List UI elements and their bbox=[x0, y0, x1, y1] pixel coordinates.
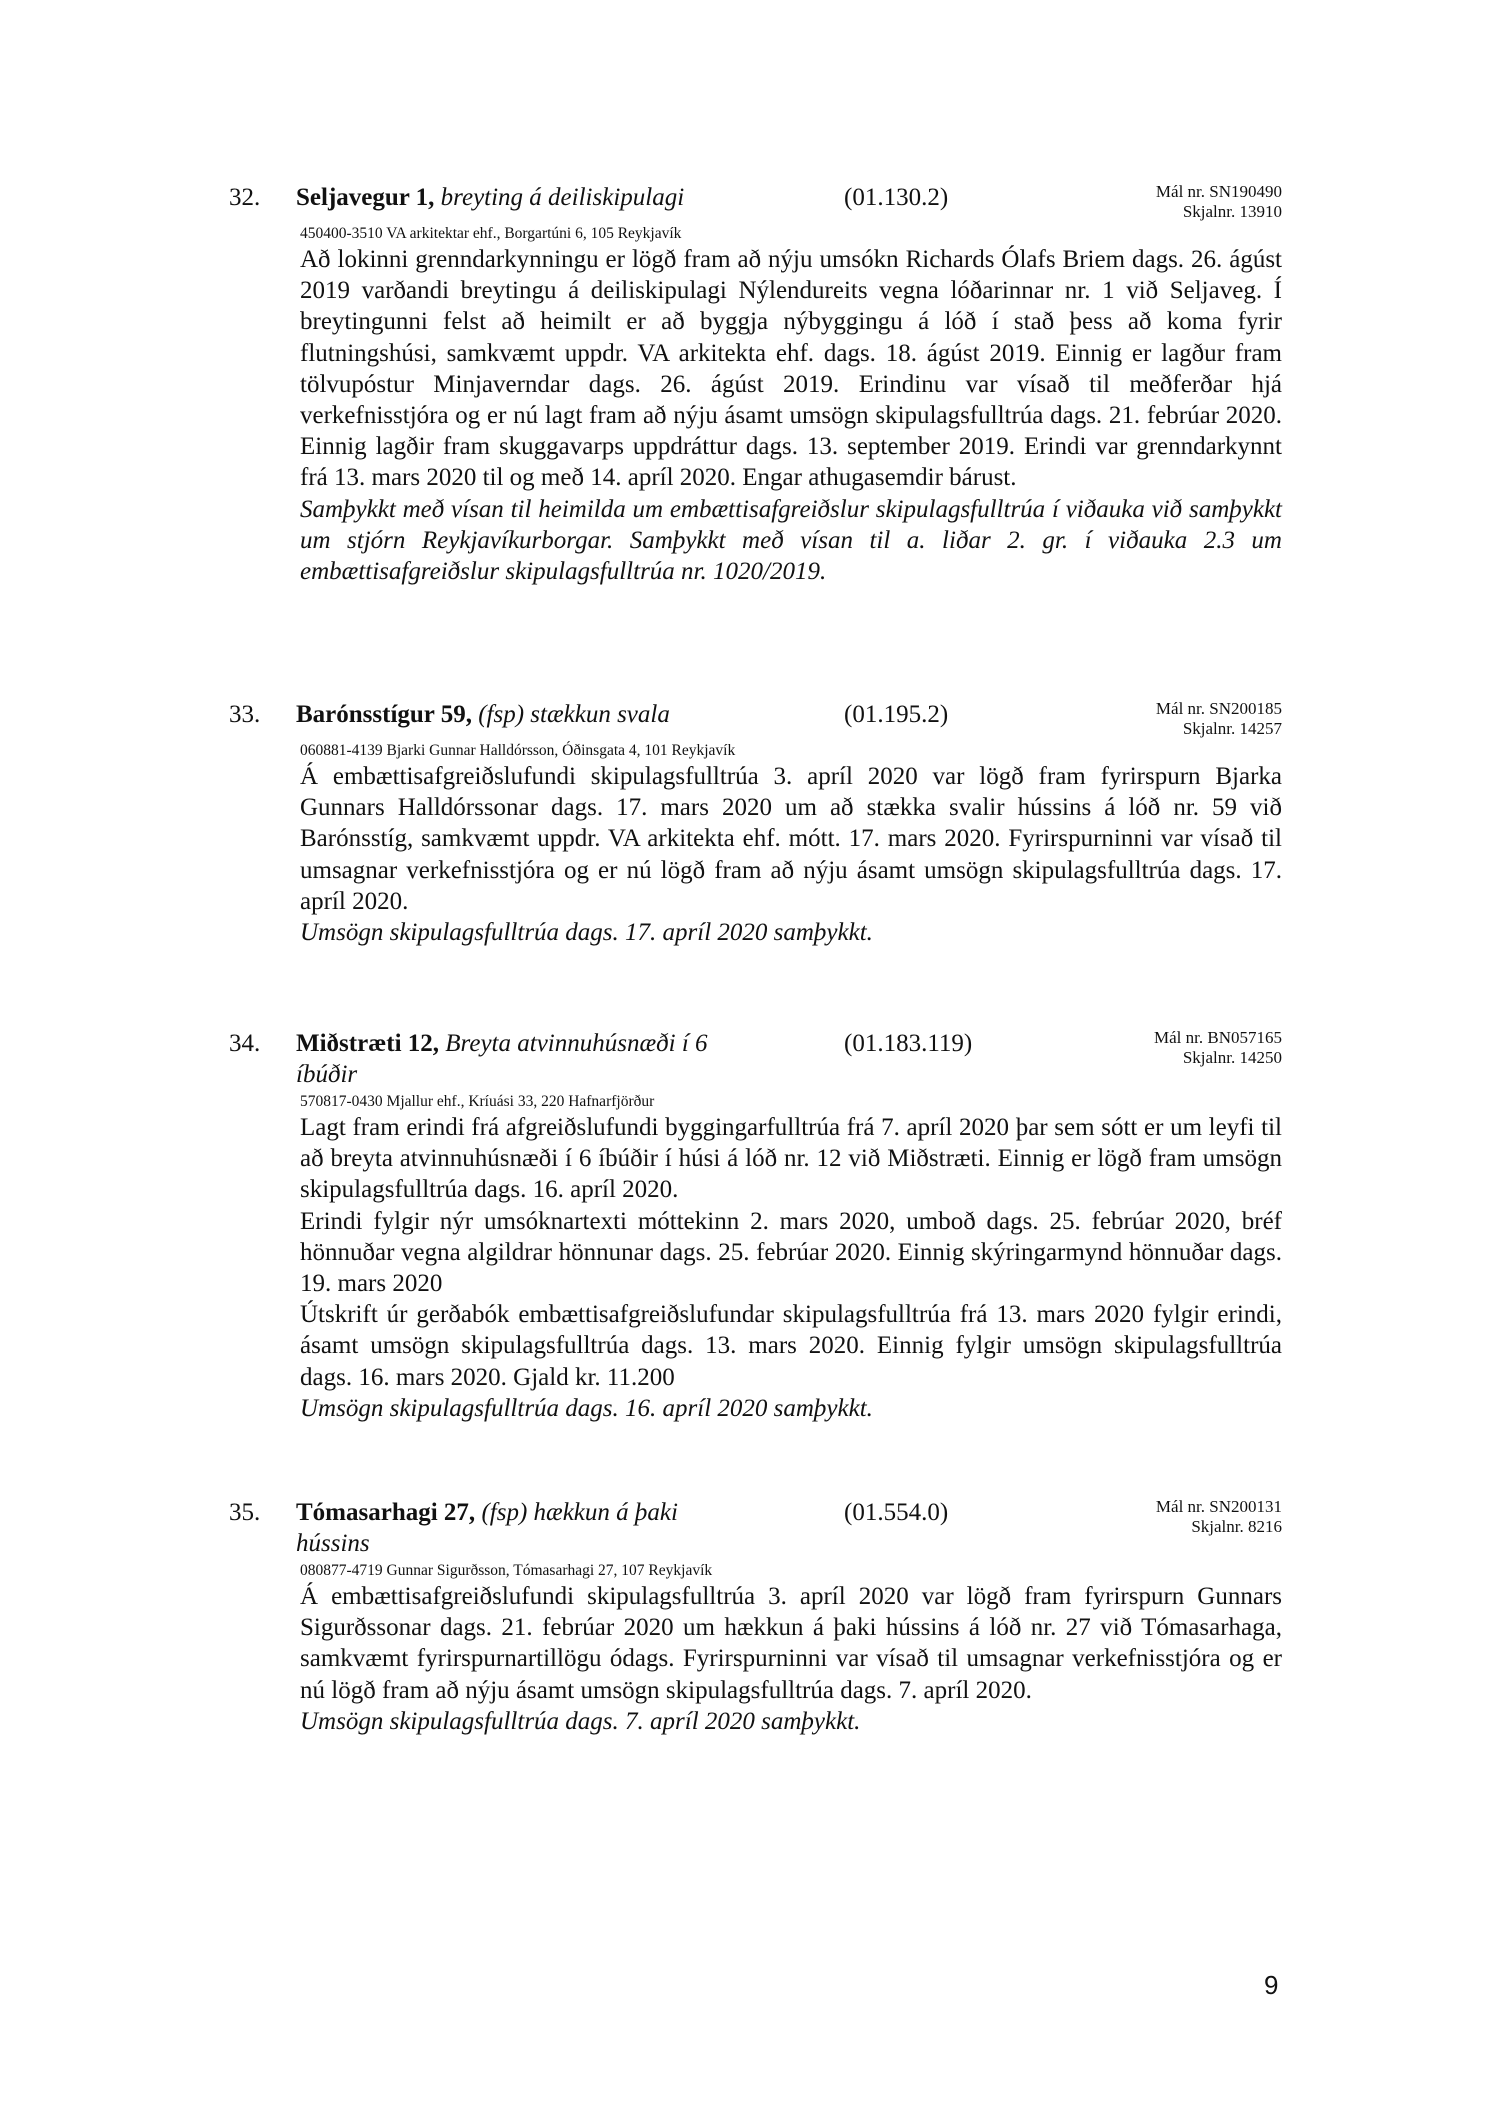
page-number: 9 bbox=[1264, 1970, 1278, 2001]
item-subject: Breyta atvinnuhúsnæði í 6 bbox=[445, 1030, 707, 1057]
item-address: Seljavegur 1, bbox=[296, 184, 434, 211]
case-refs: Mál nr. SN200131 Skjalnr. 8216 bbox=[1156, 1497, 1282, 1537]
case-refs: Mál nr. SN190490 Skjalnr. 13910 bbox=[1156, 182, 1282, 222]
land-code: (01.183.119) bbox=[844, 1028, 972, 1059]
applicant: 080877-4719 Gunnar Sigurðsson, Tómasarha… bbox=[300, 1561, 1282, 1581]
item-description: Á embættisafgreiðslufundi skipulagsfullt… bbox=[300, 761, 1282, 917]
item-body: 080877-4719 Gunnar Sigurðsson, Tómasarha… bbox=[300, 1561, 1282, 1737]
item-title: Seljavegur 1, breyting á deiliskipulagi bbox=[296, 182, 766, 213]
document-number: Skjalnr. 13910 bbox=[1156, 202, 1282, 222]
item-body: 570817-0430 Mjallur ehf., Kríuási 33, 22… bbox=[300, 1092, 1282, 1424]
document-page: 32. Seljavegur 1, breyting á deiliskipul… bbox=[0, 0, 1500, 2122]
item-subject: breyting á deiliskipulagi bbox=[441, 184, 684, 211]
item-decision: Umsögn skipulagsfulltrúa dags. 16. apríl… bbox=[300, 1393, 1282, 1424]
item-decision: Samþykkt með vísan til heimilda um embæt… bbox=[300, 494, 1282, 588]
land-code: (01.130.2) bbox=[844, 182, 948, 213]
item-title: Barónsstígur 59, (fsp) stækkun svala bbox=[296, 699, 766, 730]
item-description: Lagt fram erindi frá afgreiðslufundi byg… bbox=[300, 1112, 1282, 1206]
item-attachments: Erindi fylgir nýr umsóknartexti móttekin… bbox=[300, 1206, 1282, 1300]
item-title: Miðstræti 12, Breyta atvinnuhúsnæði í 6í… bbox=[296, 1028, 766, 1090]
document-number: Skjalnr. 8216 bbox=[1156, 1517, 1282, 1537]
item-description: Á embættisafgreiðslufundi skipulagsfullt… bbox=[300, 1581, 1282, 1706]
item-number: 35. bbox=[229, 1497, 260, 1528]
item-subject-continued: hússins bbox=[296, 1530, 370, 1557]
land-code: (01.554.0) bbox=[844, 1497, 948, 1528]
case-number: Mál nr. SN200185 bbox=[1156, 699, 1282, 719]
item-subject: (fsp) hækkun á þaki bbox=[481, 1499, 677, 1526]
item-address: Barónsstígur 59, bbox=[296, 701, 472, 728]
case-refs: Mál nr. SN200185 Skjalnr. 14257 bbox=[1156, 699, 1282, 739]
item-body: 450400-3510 VA arkitektar ehf., Borgartú… bbox=[300, 224, 1282, 587]
item-decision: Umsögn skipulagsfulltrúa dags. 17. apríl… bbox=[300, 917, 1282, 948]
item-decision: Umsögn skipulagsfulltrúa dags. 7. apríl … bbox=[300, 1706, 1282, 1737]
case-number: Mál nr. BN057165 bbox=[1154, 1028, 1282, 1048]
item-subject: (fsp) stækkun svala bbox=[478, 701, 670, 728]
land-code: (01.195.2) bbox=[844, 699, 948, 730]
applicant: 570817-0430 Mjallur ehf., Kríuási 33, 22… bbox=[300, 1092, 1282, 1112]
case-number: Mál nr. SN200131 bbox=[1156, 1497, 1282, 1517]
item-title: Tómasarhagi 27, (fsp) hækkun á þakihússi… bbox=[296, 1497, 766, 1559]
item-number: 32. bbox=[229, 182, 260, 213]
item-transcript: Útskrift úr gerðabók embættisafgreiðsluf… bbox=[300, 1299, 1282, 1393]
item-address: Miðstræti 12, bbox=[296, 1030, 439, 1057]
case-refs: Mál nr. BN057165 Skjalnr. 14250 bbox=[1154, 1028, 1282, 1068]
item-body: 060881-4139 Bjarki Gunnar Halldórsson, Ó… bbox=[300, 741, 1282, 948]
document-number: Skjalnr. 14257 bbox=[1156, 719, 1282, 739]
item-number: 33. bbox=[229, 699, 260, 730]
item-address: Tómasarhagi 27, bbox=[296, 1499, 475, 1526]
document-number: Skjalnr. 14250 bbox=[1154, 1048, 1282, 1068]
applicant: 450400-3510 VA arkitektar ehf., Borgartú… bbox=[300, 224, 1282, 244]
item-description: Að lokinni grenndarkynningu er lögð fram… bbox=[300, 244, 1282, 494]
case-number: Mál nr. SN190490 bbox=[1156, 182, 1282, 202]
item-subject-continued: íbúðir bbox=[296, 1061, 357, 1088]
item-number: 34. bbox=[229, 1028, 260, 1059]
applicant: 060881-4139 Bjarki Gunnar Halldórsson, Ó… bbox=[300, 741, 1282, 761]
